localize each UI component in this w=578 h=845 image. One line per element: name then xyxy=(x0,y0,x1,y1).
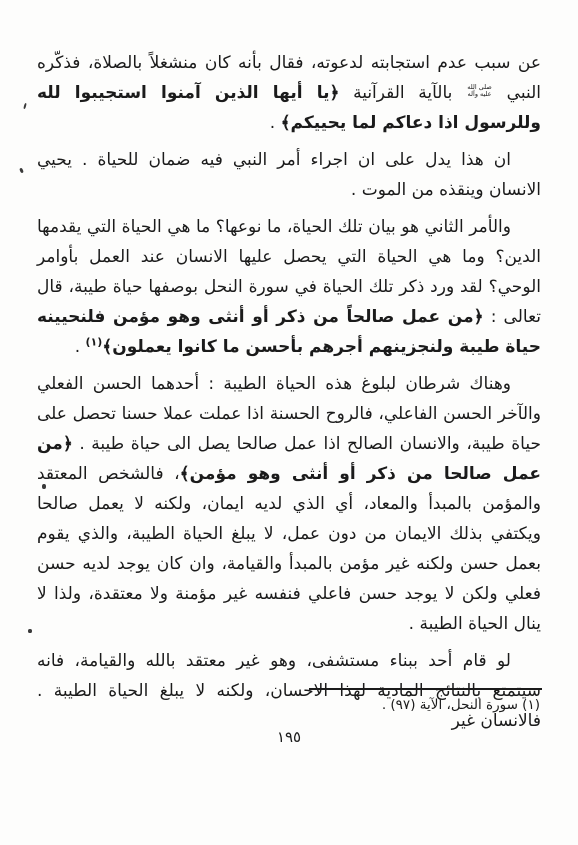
body-run: بالآية القرآنية xyxy=(339,83,466,103)
quran-quote: ﴿من عمل صالحاً من ذكر أو أنثى وهو مؤمن ف… xyxy=(37,307,541,357)
body-run: ان هذا يدل على ان اجراء أمر النبي فيه ضم… xyxy=(37,150,541,200)
footnote: (١) سورة النحل، الآية (٩٧) . xyxy=(80,695,540,715)
scan-artifact xyxy=(28,629,32,633)
page-number: ١٩٥ xyxy=(0,728,578,746)
footnote-divider xyxy=(309,688,542,690)
paragraph: عن سبب عدم استجابته لدعوته، فقال بأنه كا… xyxy=(37,48,541,138)
scan-artifact xyxy=(19,168,24,174)
prophet-honorific: صلى الله عليه وآله xyxy=(466,84,493,98)
body-text: عن سبب عدم استجابته لدعوته، فقال بأنه كا… xyxy=(37,48,541,743)
body-run: . xyxy=(270,113,281,133)
body-run: . xyxy=(75,337,86,357)
footnote-marker: (١) xyxy=(86,335,103,348)
body-run: ، فالشخص المعتقد والمؤمن بالمبدأ والمعاد… xyxy=(37,464,541,634)
paragraph: وهناك شرطان لبلوغ هذه الحياة الطيبة : أح… xyxy=(37,369,541,639)
paragraph: ان هذا يدل على ان اجراء أمر النبي فيه ضم… xyxy=(37,145,541,205)
scan-artifact xyxy=(42,484,46,489)
paragraph: لو قام أحد ببناء مستشفى، وهو غير معتقد ب… xyxy=(37,646,541,736)
book-page: عن سبب عدم استجابته لدعوته، فقال بأنه كا… xyxy=(0,0,578,845)
scan-artifact xyxy=(23,103,27,109)
body-run: وهناك شرطان لبلوغ هذه الحياة الطيبة : أح… xyxy=(37,374,541,454)
body-run: لو قام أحد ببناء مستشفى، وهو غير معتقد ب… xyxy=(37,651,541,731)
paragraph: والأمر الثاني هو بيان تلك الحياة، ما نوع… xyxy=(37,212,541,362)
